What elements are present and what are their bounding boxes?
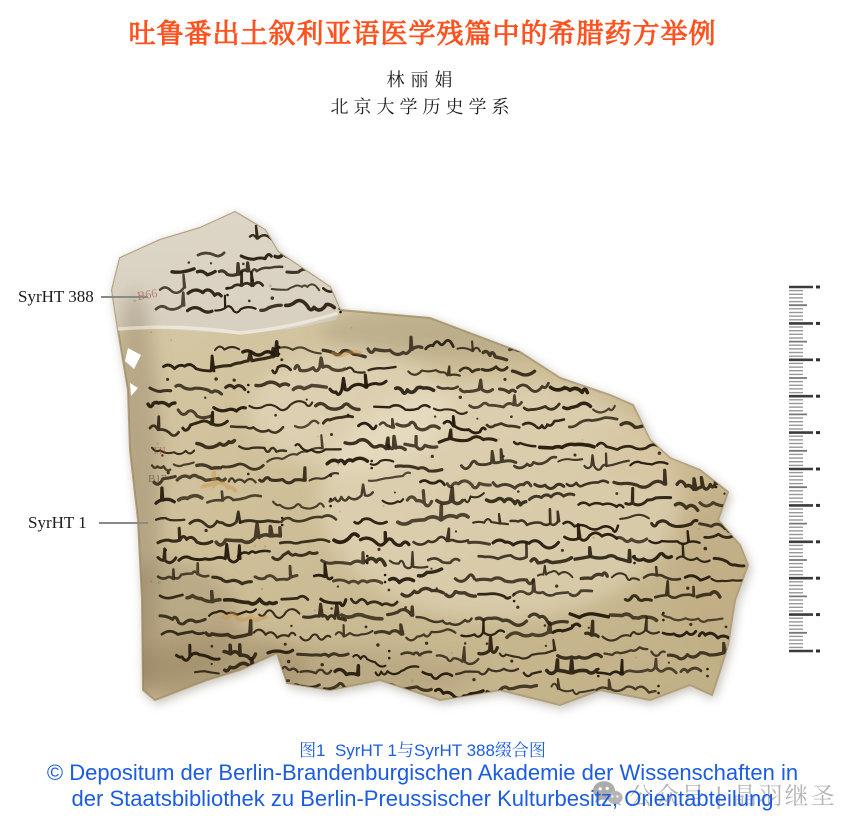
figure-caption: 图1 SyrHT 1与SyrHT 388缀合图: [0, 736, 845, 761]
leader-line-syrht-388: [101, 296, 148, 298]
article-page: 吐鲁番出土叙利亚语医学残篇中的希腊药方举例 林丽娟 北京大学历史学系 B66TI…: [0, 0, 845, 833]
label-syrht-388: SyrHT 388: [18, 287, 94, 307]
copyright-line-2: der Staatsbibliothek zu Berlin-Preussisc…: [0, 786, 845, 812]
leader-line-syrht-1: [99, 522, 148, 524]
label-syrht-1: SyrHT 1: [28, 513, 87, 533]
copyright-line-1: © Depositum der Berlin-Brandenburgischen…: [0, 760, 845, 786]
figure-image: B66TIIB17 SyrHT 388 SyrHT 1: [0, 0, 845, 833]
svg-text:B17: B17: [148, 473, 167, 485]
scale-ruler: [786, 280, 822, 658]
svg-text:TII: TII: [152, 445, 166, 457]
manuscript-fragment-image: B66TIIB17: [100, 200, 780, 725]
